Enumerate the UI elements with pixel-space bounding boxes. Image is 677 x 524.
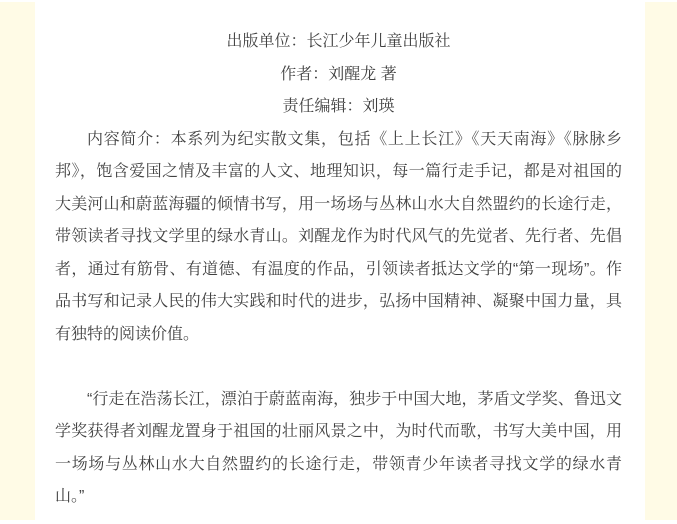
editor-line: 责任编辑：刘瑛	[55, 91, 622, 124]
right-margin-stripe	[645, 2, 677, 520]
left-margin-stripe	[0, 2, 35, 520]
author-line: 作者：刘醒龙 著	[55, 59, 622, 92]
intro-paragraph: 内容简介：本系列为纪实散文集，包括《上上长江》《天天南海》《脉脉乡邦》，饱含爱国…	[55, 124, 622, 352]
quote-paragraph: “行走在浩荡长江，漂泊于蔚蓝南海，独步于中国大地，茅盾文学奖、鲁迅文学奖获得者刘…	[55, 384, 622, 514]
publisher-line: 出版单位：长江少年儿童出版社	[55, 26, 622, 59]
book-description: 出版单位：长江少年儿童出版社 作者：刘醒龙 著 责任编辑：刘瑛 内容简介：本系列…	[55, 26, 622, 514]
